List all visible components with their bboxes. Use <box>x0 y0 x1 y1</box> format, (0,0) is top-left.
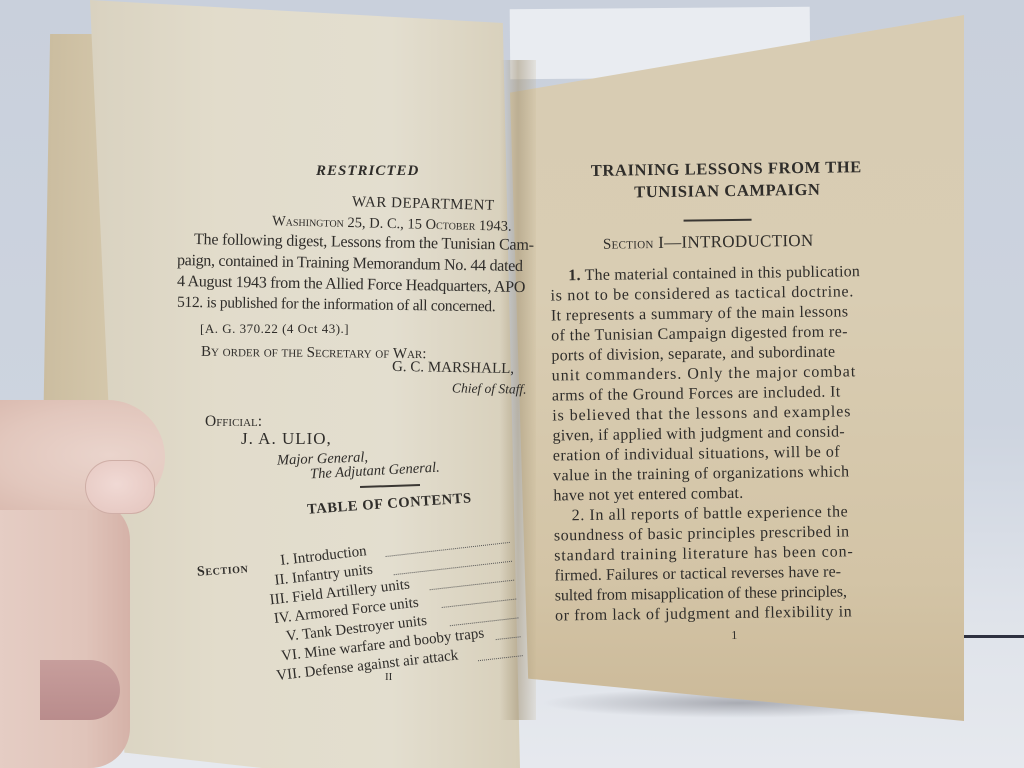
signatory-name: G. C. MARSHALL, <box>392 359 514 378</box>
section-heading: Section I—INTRODUCTION <box>603 231 814 254</box>
toc-item-number: II. <box>274 571 289 588</box>
signatory-title: Chief of Staff. <box>452 380 527 397</box>
paragraph-number: 1. <box>568 267 581 284</box>
ag-reference: [A. G. 370.22 (4 Oct 43).] <box>200 321 349 337</box>
hand-palm <box>0 500 130 768</box>
title-line-2: TUNISIAN CAMPAIGN <box>634 180 821 203</box>
paragraph-number: 2. <box>572 507 585 524</box>
title-line-1: TRAINING LESSONS FROM THE <box>591 157 862 181</box>
toc-item-number: I. <box>280 552 291 569</box>
left-page-number: II <box>385 671 392 683</box>
paragraph-line: have not yet entered combat. <box>553 485 743 506</box>
toc-item-number: VI. <box>280 646 301 664</box>
paragraph-line: 2. In all reports of battle experience t… <box>572 503 849 525</box>
section-label: Section <box>603 236 654 253</box>
toc-item-number: VII. <box>276 665 302 684</box>
finger <box>40 660 120 720</box>
toc-item-number: III. <box>269 590 289 608</box>
thumbnail <box>85 460 155 514</box>
table-edge <box>960 635 1024 638</box>
restricted-label: RESTRICTED <box>316 163 419 180</box>
toc-item-number: IV. <box>273 609 292 627</box>
toc-item-number: V. <box>285 627 299 644</box>
official-name: J. A. ULIO, <box>241 429 332 449</box>
right-page-number: 1 <box>731 628 737 643</box>
section-title: I—INTRODUCTION <box>658 231 814 252</box>
